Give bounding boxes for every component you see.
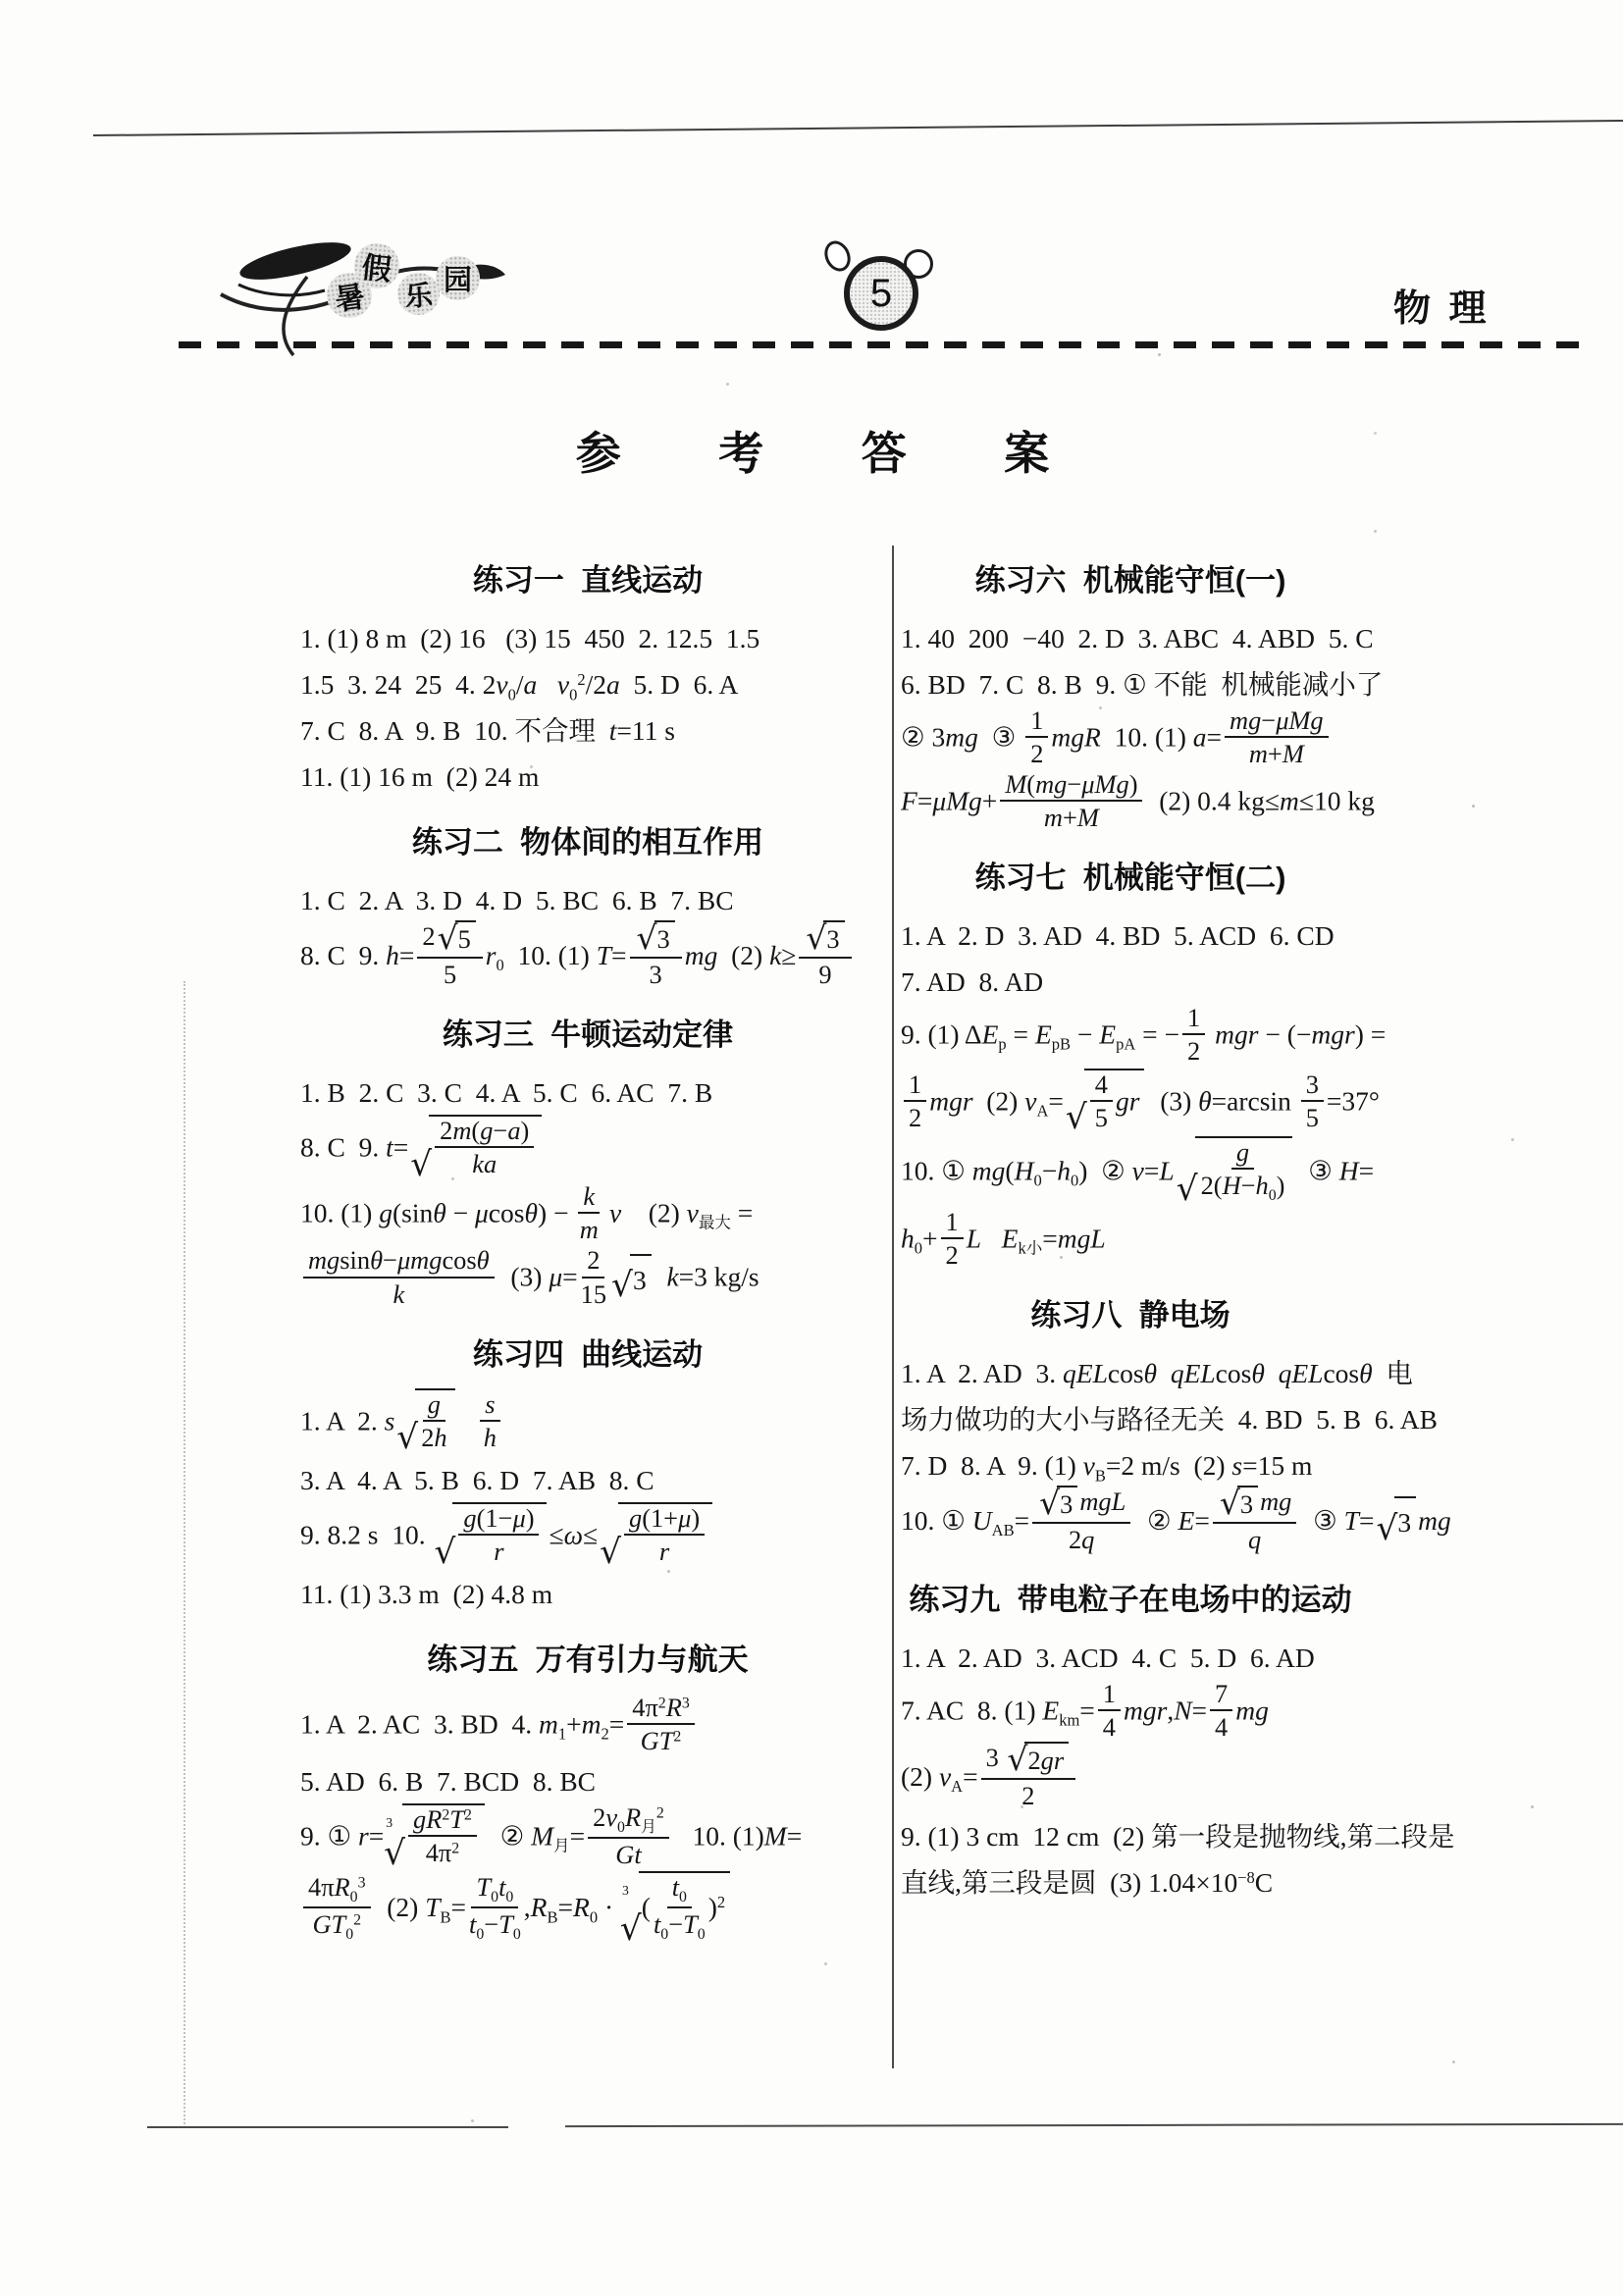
answer-line: 7. AC 8. (1) Ekm=14mgr,N=74mg xyxy=(901,1682,1360,1745)
formula-fraction: M(mg−μMg)m+M xyxy=(1000,769,1142,832)
fraction-numerator: 4πR03 xyxy=(303,1872,371,1908)
subscript: km xyxy=(1059,1711,1079,1730)
answer-line: 1. C 2. A 3. D 4. D 5. BC 6. B 7. BC xyxy=(300,878,875,923)
fraction-denominator: GT02 xyxy=(312,1908,361,1943)
italic-var: m xyxy=(580,1215,599,1244)
subscript: A xyxy=(1036,1101,1048,1120)
fraction-denominator: GT2 xyxy=(641,1725,682,1755)
subscript: pB xyxy=(1052,1035,1071,1054)
italic-var: m xyxy=(1044,803,1063,832)
formula-fraction: √39 xyxy=(799,921,851,989)
italic-var: μ xyxy=(475,1198,489,1228)
answer-line: 1. B 2. C 3. C 4. A 5. C 6. AC 7. B xyxy=(300,1070,875,1116)
italic-var: T xyxy=(683,1909,698,1939)
italic-var: mgr xyxy=(1311,1019,1354,1050)
italic-var: N xyxy=(1174,1695,1191,1725)
italic-var: t xyxy=(386,1131,393,1162)
italic-var: r xyxy=(486,940,497,970)
answer-line: 1. 40 200 −40 2. D 3. ABC 4. ABD 5. C xyxy=(901,616,1360,661)
italic-var: μMg xyxy=(1276,705,1323,735)
answer-line: 7. AD 8. AD xyxy=(901,960,1360,1005)
italic-var: T xyxy=(498,1909,513,1939)
section-heading: 练习七 机械能守恒(二) xyxy=(901,859,1360,898)
formula-sqrt: √45gr xyxy=(1066,1069,1145,1135)
italic-var: M xyxy=(531,1821,553,1852)
italic-var: s xyxy=(1231,1450,1242,1481)
superscript: −8 xyxy=(1237,1868,1255,1887)
fraction-numerator: √3mgL xyxy=(1032,1487,1130,1524)
section-heading: 练习六 机械能守恒(一) xyxy=(901,561,1360,600)
italic-var: E xyxy=(1002,1223,1019,1253)
superscript: 2 xyxy=(577,670,585,689)
fraction-denominator: 4 xyxy=(1215,1711,1228,1742)
radical-body: 3 xyxy=(654,920,675,954)
answer-section: 练习五 万有引力与航天1. A 2. AC 3. BD 4. m1+m2=4π2… xyxy=(300,1641,875,1948)
italic-var: μ xyxy=(549,1262,562,1292)
formula-fraction: √3mgL2q xyxy=(1032,1487,1130,1554)
fraction-denominator: m+M xyxy=(1044,802,1099,832)
italic-var: a xyxy=(606,669,620,700)
formula-sqrt: √2gr xyxy=(1007,1742,1069,1775)
italic-var: θ xyxy=(1198,1085,1212,1116)
scan-edge-left-dots xyxy=(183,981,185,2124)
fraction-denominator: Gt xyxy=(615,1839,641,1869)
italic-var: mg xyxy=(1418,1505,1451,1536)
section-heading: 练习五 万有引力与航天 xyxy=(300,1641,875,1680)
answer-line: 7. C 8. A 9. B 10. 不合理 t=11 s xyxy=(300,708,875,754)
subscript: A xyxy=(951,1777,963,1796)
answer-line: 7. D 8. A 9. (1) vB=2 m/s (2) s=15 m xyxy=(901,1443,1360,1488)
italic-var: R xyxy=(426,1804,442,1834)
answer-line: 1. (1) 8 m (2) 16 (3) 15 450 2. 12.5 1.5 xyxy=(300,616,875,661)
italic-var: M xyxy=(1005,769,1026,799)
fraction-numerator: 3 xyxy=(1301,1070,1324,1102)
italic-var: v xyxy=(609,1198,621,1228)
fraction-denominator: h xyxy=(484,1422,497,1452)
formula-fraction: √33 xyxy=(630,921,682,989)
italic-var: t xyxy=(609,715,617,746)
fraction-denominator: 2(H−h0) xyxy=(1201,1170,1285,1204)
italic-var: h xyxy=(901,1223,915,1253)
answer-line: 4πR03GT02 (2) TB=T0t0t0−T0,RB=R0 · 3√(t0… xyxy=(300,1873,875,1948)
italic-var: h xyxy=(434,1423,446,1452)
subscript: p xyxy=(998,1035,1006,1054)
fraction-numerator: 1 xyxy=(904,1070,926,1102)
formula-fraction: 2m(g−a)ka xyxy=(435,1116,534,1178)
italic-var: T xyxy=(597,940,611,970)
fraction-denominator: 4π2 xyxy=(426,1837,459,1867)
italic-var: a xyxy=(1193,721,1207,752)
italic-var: a xyxy=(523,669,537,700)
fraction-denominator: 2 xyxy=(909,1102,921,1132)
italic-var: M xyxy=(764,1821,787,1852)
formula-fraction: 3 √2gr2 xyxy=(981,1743,1076,1810)
italic-var: H xyxy=(1339,1155,1359,1185)
fraction-numerator: 4 xyxy=(1090,1070,1113,1102)
answer-line: F=μMg+M(mg−μMg)m+M (2) 0.4 kg≤m≤10 kg xyxy=(901,772,1360,835)
italic-var: gr xyxy=(1116,1085,1139,1116)
section-heading: 练习二 物体间的相互作用 xyxy=(300,823,875,862)
italic-var: θ xyxy=(477,1245,490,1275)
formula-fraction: mg−μMgm+M xyxy=(1225,705,1329,768)
subscript: 0 xyxy=(345,1926,353,1943)
subscript: 0 xyxy=(1269,1187,1277,1204)
radical-body: 45gr xyxy=(1084,1069,1145,1135)
subscript: 1 xyxy=(558,1725,566,1744)
italic-var: r xyxy=(494,1537,503,1566)
italic-var: mg xyxy=(945,721,978,752)
fraction-numerator: 2√5 xyxy=(417,921,482,959)
italic-var: g xyxy=(1236,1137,1249,1167)
subscript: 月 xyxy=(641,1819,656,1836)
formula-sqrt: √g(1+μ)r xyxy=(600,1502,712,1569)
fraction-denominator: t0−T0 xyxy=(654,1908,706,1943)
answer-line: 9. (1) ΔEp = EpB − EpA = −12 mgr − (−mgr… xyxy=(901,1006,1360,1069)
italic-var: θ xyxy=(1251,1358,1265,1388)
logo-char: 园 xyxy=(444,258,472,298)
answer-section: 练习二 物体间的相互作用1. C 2. A 3. D 4. D 5. BC 6.… xyxy=(300,823,875,992)
fraction-denominator: m+M xyxy=(1249,738,1304,768)
fraction-denominator: r xyxy=(659,1536,669,1566)
subscript: 0 xyxy=(679,1889,687,1905)
italic-var: qEL xyxy=(1279,1358,1324,1388)
italic-var: R xyxy=(666,1693,682,1722)
formula-fraction: 2√55 xyxy=(417,921,482,989)
page-title: 参 考 答 案 xyxy=(182,418,1457,483)
radical-body: 2gr xyxy=(1024,1742,1069,1775)
fraction-denominator: 15 xyxy=(581,1278,606,1309)
radical-body: 3 xyxy=(1057,1486,1077,1519)
answer-line: 11. (1) 3.3 m (2) 4.8 m xyxy=(300,1572,875,1617)
italic-var: s xyxy=(485,1389,495,1419)
formula-fraction: 4πR03GT02 xyxy=(303,1872,371,1943)
scan-edge-bottom-line-right xyxy=(565,2123,1623,2127)
italic-var: v xyxy=(1024,1085,1036,1116)
italic-var: k xyxy=(583,1181,595,1211)
radical-index: 3 xyxy=(386,1800,393,1846)
answer-line: 1. A 2. AD 3. ACD 4. C 5. D 6. AD xyxy=(901,1636,1360,1681)
radical-body: 3 xyxy=(823,920,844,954)
fraction-numerator: mgsinθ−μmgcosθ xyxy=(303,1245,495,1278)
italic-var: θ xyxy=(524,1198,538,1228)
fraction-denominator: t0−T0 xyxy=(469,1908,521,1943)
superscript: 2 xyxy=(673,1728,681,1745)
italic-var: h xyxy=(484,1423,497,1452)
italic-var: F xyxy=(901,786,917,816)
italic-var: mgL xyxy=(1079,1487,1126,1516)
fraction-denominator: 2 xyxy=(1021,1780,1034,1810)
italic-var: θ xyxy=(433,1198,446,1228)
italic-var: ka xyxy=(472,1149,497,1178)
fraction-numerator: √3 xyxy=(630,921,682,959)
fraction-numerator: 1 xyxy=(1182,1003,1205,1035)
answer-line: 9. 8.2 s 10. √g(1−μ)r≤ω≤√g(1+μ)r xyxy=(300,1504,875,1571)
logo-char: 假 xyxy=(360,243,393,289)
subscript: B xyxy=(547,1908,557,1927)
italic-var: mg xyxy=(1235,1695,1269,1725)
fraction-numerator: 2v0R月2 xyxy=(588,1802,669,1839)
answer-line: 3. A 4. A 5. B 6. D 7. AB 8. C xyxy=(300,1458,875,1503)
italic-var: R xyxy=(625,1802,641,1832)
answer-line: 5. AD 6. B 7. BCD 8. BC xyxy=(300,1759,875,1804)
italic-var: s xyxy=(385,1405,395,1435)
answer-line: 10. (1) g(sinθ − μcosθ) − km v (2) v最大 = xyxy=(300,1184,875,1247)
italic-var: m xyxy=(452,1116,471,1145)
formula-fraction: 12 xyxy=(1025,705,1048,768)
fraction-numerator: g xyxy=(1231,1137,1254,1170)
italic-var: E xyxy=(1042,1695,1059,1725)
answer-line: 12mgr (2) vA=√45gr (3) θ=arcsin 35=37° xyxy=(901,1070,1360,1137)
italic-var: v xyxy=(1132,1155,1144,1185)
formula-sqrt: √3 xyxy=(1039,1486,1077,1519)
italic-var: R xyxy=(531,1893,548,1923)
fraction-numerator: k xyxy=(578,1181,600,1214)
italic-var: m xyxy=(1280,786,1299,816)
section-heading: 练习四 曲线运动 xyxy=(300,1335,875,1375)
fraction-numerator: √3mg xyxy=(1213,1487,1297,1524)
italic-var: v xyxy=(1083,1450,1095,1481)
answer-line: 8. C 9. t=√2m(g−a)ka xyxy=(300,1117,875,1183)
italic-var: r xyxy=(358,1821,369,1852)
fraction-denominator: 5 xyxy=(1095,1102,1108,1132)
italic-var: t xyxy=(672,1872,679,1902)
formula-fraction: 4π2R3GT2 xyxy=(627,1693,695,1755)
italic-var: v xyxy=(939,1761,951,1792)
subscript: 0 xyxy=(491,1889,498,1905)
italic-var: E xyxy=(1099,1019,1116,1050)
subscript: 0 xyxy=(617,1819,625,1836)
italic-var: L xyxy=(1159,1155,1174,1185)
italic-var: g xyxy=(629,1503,642,1533)
fraction-numerator: 4π2R3 xyxy=(627,1693,695,1725)
subscript: 0 xyxy=(660,1926,668,1943)
answers-column-left: 练习一 直线运动1. (1) 8 m (2) 16 (3) 15 450 2. … xyxy=(300,538,875,1949)
italic-var: μMg xyxy=(1081,769,1128,799)
formula-sqrt: 3√(t0t0−T0)2 xyxy=(622,1871,730,1946)
fraction-numerator: 1 xyxy=(1098,1679,1121,1711)
italic-var: v xyxy=(687,1198,699,1228)
italic-var: Gt xyxy=(615,1840,641,1869)
formula-fraction: g2(H−h0) xyxy=(1201,1137,1285,1204)
subscript: B xyxy=(441,1908,451,1927)
formula-fraction: g2h xyxy=(421,1389,446,1452)
answer-line: 1. A 2. AC 3. BD 4. m1+m2=4π2R3GT2 xyxy=(300,1696,875,1758)
page-number-badge: 5 xyxy=(844,256,918,331)
italic-var: M xyxy=(1077,803,1099,832)
logo-char: 乐 xyxy=(403,274,434,315)
radical-body: 5 xyxy=(455,920,476,954)
formula-fraction: 12 xyxy=(1182,1003,1205,1066)
answer-section: 练习四 曲线运动1. A 2. s√g2h sh3. A 4. A 5. B 6… xyxy=(300,1335,875,1617)
italic-var: mg xyxy=(1230,705,1261,735)
column-divider xyxy=(892,546,894,2068)
fraction-denominator: 4 xyxy=(1103,1711,1116,1742)
fraction-denominator: 2h xyxy=(421,1422,446,1452)
italic-var: v xyxy=(557,669,569,700)
italic-var: v xyxy=(605,1802,617,1832)
subject-label: 物 理 xyxy=(1393,278,1491,332)
fraction-numerator: 2 xyxy=(582,1245,604,1278)
italic-var: GT xyxy=(641,1726,674,1755)
italic-var: k xyxy=(666,1262,678,1292)
radical-body: 3 xyxy=(1394,1496,1416,1545)
italic-var: qEL xyxy=(1063,1358,1108,1388)
subscript: pA xyxy=(1116,1035,1135,1054)
formula-fraction: t0t0−T0 xyxy=(654,1872,706,1943)
formula-fraction: g(1+μ)r xyxy=(624,1503,705,1566)
radical-body: g2h xyxy=(415,1388,454,1455)
fraction-numerator: √3 xyxy=(799,921,851,959)
scan-edge-top-line xyxy=(93,120,1623,136)
italic-var: H xyxy=(1015,1155,1034,1185)
formula-sqrt: 3√gR2T24π2 xyxy=(386,1803,485,1870)
italic-var: μMg xyxy=(932,786,981,816)
italic-var: k xyxy=(393,1279,404,1309)
answer-line: (2) vA=3 √2gr2 xyxy=(901,1746,1360,1813)
italic-var: m xyxy=(539,1708,558,1739)
section-heading: 练习八 静电场 xyxy=(901,1296,1360,1335)
italic-var: g xyxy=(463,1503,476,1533)
fraction-numerator: s xyxy=(480,1389,499,1422)
italic-var: k xyxy=(769,940,781,970)
answer-line: 8. C 9. h=2√55r0 10. (1) T=√33mg (2) k≥√… xyxy=(300,924,875,992)
formula-sqrt: √2m(g−a)ka xyxy=(410,1115,542,1181)
formula-sqrt: √3 xyxy=(1220,1486,1258,1519)
answer-section: 练习九 带电粒子在电场中的运动1. A 2. AD 3. ACD 4. C 5.… xyxy=(901,1581,1360,1905)
answer-line: 6. BD 7. C 8. B 9. ① 不能 机械能减小了 xyxy=(901,662,1360,707)
badge-small-bubble-icon xyxy=(820,236,856,275)
answer-line: 直线,第三段是圆 (3) 1.04×10−8C xyxy=(901,1860,1360,1905)
italic-var: L xyxy=(967,1223,981,1253)
fraction-denominator: 5 xyxy=(444,959,456,989)
italic-var: θ xyxy=(1359,1358,1373,1388)
italic-var: ω xyxy=(564,1519,583,1549)
formula-fraction: gR2T24π2 xyxy=(408,1804,477,1867)
italic-var: mgL xyxy=(1058,1223,1106,1253)
italic-var: h xyxy=(386,940,399,970)
subscript: AB xyxy=(992,1521,1015,1539)
superscript: 3 xyxy=(682,1695,690,1711)
answer-section: 练习六 机械能守恒(一)1. 40 200 −40 2. D 3. ABC 4.… xyxy=(901,561,1360,835)
italic-var: a xyxy=(507,1116,520,1145)
radical-body: gR2T24π2 xyxy=(402,1803,485,1870)
italic-var: mg xyxy=(1035,769,1067,799)
formula-fraction: 74 xyxy=(1210,1679,1232,1742)
section-heading: 练习一 直线运动 xyxy=(300,561,875,600)
italic-var: U xyxy=(972,1505,992,1536)
subscript: k小 xyxy=(1018,1238,1042,1257)
answer-line: 1. A 2. AD 3. qELcosθ qELcosθ qELcosθ 电 xyxy=(901,1351,1360,1396)
fraction-numerator: 1 xyxy=(1025,705,1048,738)
italic-var: g xyxy=(428,1389,441,1419)
fraction-denominator: m xyxy=(580,1214,599,1244)
answer-line: 9. (1) 3 cm 12 cm (2) 第一段是抛物线,第二段是 xyxy=(901,1814,1360,1859)
subscript: 0 xyxy=(476,1926,484,1943)
fraction-denominator: q xyxy=(1248,1524,1261,1554)
italic-var: μ xyxy=(678,1503,691,1533)
fraction-numerator: mg−μMg xyxy=(1225,705,1329,738)
italic-var: g xyxy=(413,1804,426,1834)
italic-var: r xyxy=(659,1537,669,1566)
formula-fraction: 14 xyxy=(1098,1679,1121,1742)
superscript: 2 xyxy=(656,1805,664,1822)
formula-fraction: km xyxy=(578,1181,600,1244)
italic-var: g xyxy=(480,1116,493,1145)
answer-section: 练习一 直线运动1. (1) 8 m (2) 16 (3) 15 450 2. … xyxy=(300,561,875,800)
radical-body: g2(H−h0) xyxy=(1195,1136,1293,1207)
italic-var: E xyxy=(982,1019,999,1050)
subscript: 0 xyxy=(1033,1171,1041,1189)
answer-line: mgsinθ−μmgcosθk (3) μ=215√3 k=3 kg/s xyxy=(300,1248,875,1311)
italic-var: T xyxy=(1344,1505,1359,1536)
page-number: 5 xyxy=(870,272,892,316)
italic-var: q xyxy=(1081,1525,1094,1554)
answer-line: 11. (1) 16 m (2) 24 m xyxy=(300,755,875,800)
formula-sqrt: √3 xyxy=(806,920,844,954)
answers-column-right: 练习六 机械能守恒(一)1. 40 200 −40 2. D 3. ABC 4.… xyxy=(901,538,1360,1906)
fraction-denominator: 5 xyxy=(1306,1102,1319,1132)
fraction-numerator: t0 xyxy=(667,1872,692,1908)
italic-var: T xyxy=(425,1893,440,1923)
subscript: 0 xyxy=(915,1238,922,1257)
formula-fraction: mgsinθ−μmgcosθk xyxy=(303,1245,495,1308)
subscript: 月 xyxy=(553,1837,570,1855)
radical-body: g(1−μ)r xyxy=(452,1502,547,1569)
answer-line: 9. ① r=3√gR2T24π2 ② M月=2v0R月2Gt 10. (1)M… xyxy=(300,1805,875,1872)
formula-sqrt: √3 xyxy=(637,920,675,954)
fraction-numerator: 7 xyxy=(1210,1679,1232,1711)
formula-sqrt: √g2(H−h0) xyxy=(1177,1136,1293,1207)
superscript: 2 xyxy=(353,1912,361,1929)
italic-var: v xyxy=(496,669,507,700)
fraction-denominator: 3 xyxy=(650,959,662,989)
fraction-denominator: 2 xyxy=(1030,738,1043,768)
italic-var: h xyxy=(1256,1171,1269,1200)
radical-body: 3 xyxy=(1237,1486,1258,1519)
italic-var: T xyxy=(476,1872,491,1902)
formula-fraction: 12 xyxy=(941,1207,964,1270)
answer-line: 10. ① UAB=√3mgL2q ② E=√3mgq ③ T=√3mg xyxy=(901,1489,1360,1557)
italic-var: R xyxy=(573,1893,590,1923)
subscript: 0 xyxy=(505,1889,513,1905)
fraction-denominator: 2q xyxy=(1069,1524,1094,1554)
header-dashed-rule xyxy=(179,341,1582,348)
formula-fraction: 45 xyxy=(1090,1070,1113,1132)
italic-var: mgR xyxy=(1051,721,1100,752)
italic-var: μmg xyxy=(397,1245,443,1275)
italic-var: T xyxy=(449,1804,464,1834)
superscript: 2 xyxy=(451,1841,459,1857)
italic-var: θ xyxy=(370,1245,383,1275)
italic-var: mgr xyxy=(1124,1695,1167,1725)
answer-section: 练习三 牛顿运动定律1. B 2. C 3. C 4. A 5. C 6. AC… xyxy=(300,1016,875,1312)
formula-sqrt: √3 xyxy=(1376,1496,1416,1545)
italic-var: μ xyxy=(512,1503,525,1533)
fraction-denominator: 2 xyxy=(946,1239,959,1270)
italic-var: E xyxy=(1178,1505,1195,1536)
subscript: B xyxy=(1095,1466,1106,1485)
answer-line: 1.5 3. 24 25 4. 2v0/a v02/2a 5. D 6. A xyxy=(300,662,875,707)
radical-body: g(1+μ)r xyxy=(618,1502,712,1569)
fraction-denominator: 2 xyxy=(1187,1035,1200,1066)
formula-fraction: 215 xyxy=(581,1245,606,1308)
section-heading: 练习九 带电粒子在电场中的运动 xyxy=(901,1581,1360,1620)
answer-line: 1. A 2. s√g2h sh xyxy=(300,1390,875,1457)
answer-line: h0+12L Ek小=mgL xyxy=(901,1210,1360,1273)
fraction-denominator: k xyxy=(393,1278,404,1309)
italic-var: m xyxy=(582,1708,602,1739)
fraction-denominator: 9 xyxy=(818,959,831,989)
